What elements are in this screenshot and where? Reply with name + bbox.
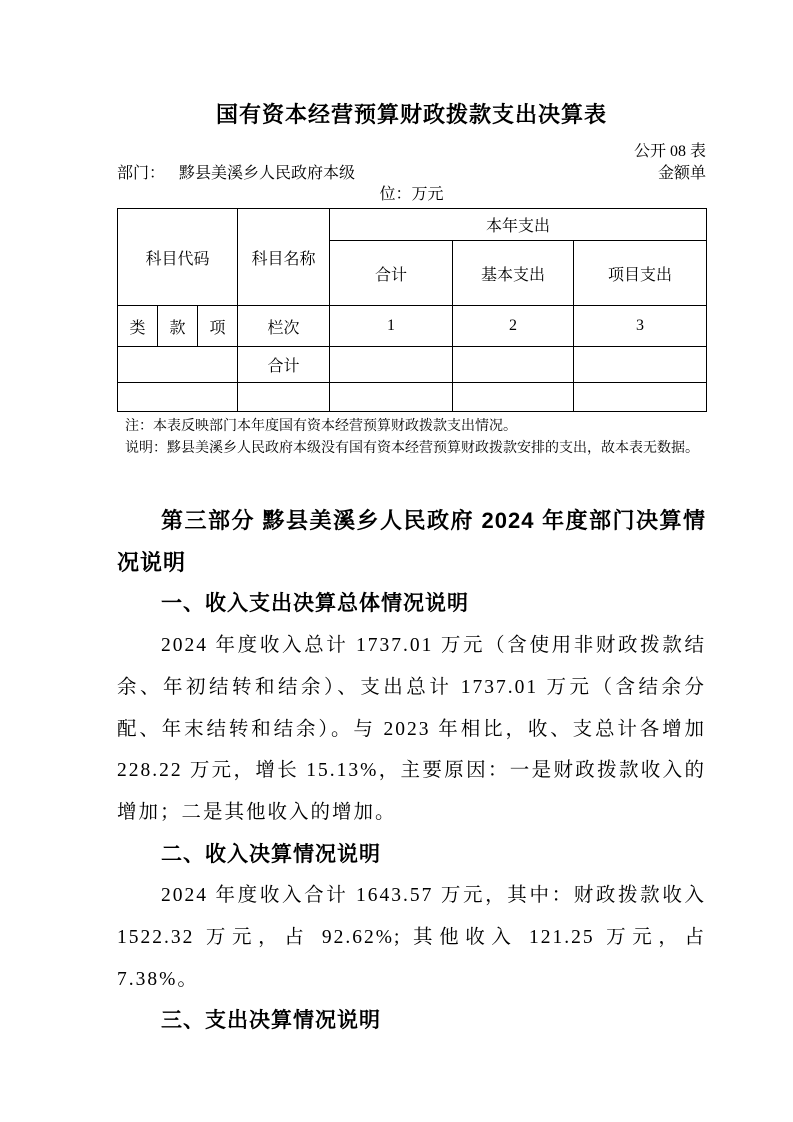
cell-project-value [574, 347, 707, 383]
subcol-xiang: 项 [198, 306, 238, 347]
table-row-empty [118, 383, 707, 412]
table-index-row: 类 款 项 栏次 1 2 3 [118, 306, 707, 347]
index-row-label: 栏次 [238, 306, 330, 347]
table-row-total: 合计 [118, 347, 707, 383]
cell-name-empty [238, 383, 330, 412]
section1-paragraph: 2024 年度收入总计 1737.01 万元（含使用非财政拨款结余、年初结转和结… [117, 625, 706, 834]
col-header-subject-name: 科目名称 [238, 209, 330, 306]
page-title: 国有资本经营预算财政拨款支出决算表 [117, 101, 706, 129]
table-note: 注：本表反映部门本年度国有资本经营预算财政拨款支出情况。 [125, 416, 706, 438]
amount-unit-line2: 位：万元 [117, 185, 706, 205]
cell-project-empty [574, 383, 707, 412]
part3-heading: 第三部分 黟县美溪乡人民政府 2024 年度部门决算情况说明 [117, 500, 706, 583]
page-content: 国有资本经营预算财政拨款支出决算表 公开 08 表 部门： 黟县美溪乡人民政府本… [117, 0, 706, 1042]
department-label: 部门： [117, 164, 165, 184]
department: 部门： 黟县美溪乡人民政府本级 [117, 164, 355, 184]
cell-total-empty [330, 383, 453, 412]
index-col-2: 2 [453, 306, 574, 347]
section2-paragraph: 2024 年度收入合计 1643.57 万元，其中：财政拨款收入 1522.32… [117, 875, 706, 1000]
cell-basic-empty [453, 383, 574, 412]
col-header-project-expenditure: 项目支出 [574, 241, 707, 306]
department-line: 部门： 黟县美溪乡人民政府本级 金额单 [117, 164, 706, 184]
col-header-basic-expenditure: 基本支出 [453, 241, 574, 306]
form-code: 公开 08 表 [117, 142, 706, 162]
cell-basic-value [453, 347, 574, 383]
cell-code-total [118, 347, 238, 383]
col-header-total: 合计 [330, 241, 453, 306]
narrative-section: 第三部分 黟县美溪乡人民政府 2024 年度部门决算情况说明 一、收入支出决算总… [117, 500, 706, 1042]
cell-name-total: 合计 [238, 347, 330, 383]
subcol-kuan: 款 [158, 306, 198, 347]
fiscal-allocation-table: 科目代码 科目名称 本年支出 合计 基本支出 项目支出 类 款 项 栏次 1 2… [117, 208, 707, 412]
table-header-row-1: 科目代码 科目名称 本年支出 [118, 209, 707, 241]
table-explanation: 说明：黟县美溪乡人民政府本级没有国有资本经营预算财政拨款安排的支出，故本表无数据… [125, 438, 706, 460]
index-col-1: 1 [330, 306, 453, 347]
amount-unit-line1: 金额单 [658, 164, 706, 184]
subcol-lei: 类 [118, 306, 158, 347]
cell-code-empty [118, 383, 238, 412]
section2-heading: 二、收入决算情况说明 [117, 834, 706, 876]
department-value: 黟县美溪乡人民政府本级 [179, 164, 355, 184]
section1-heading: 一、收入支出决算总体情况说明 [117, 583, 706, 625]
section3-heading: 三、支出决算情况说明 [117, 1000, 706, 1042]
cell-total-value [330, 347, 453, 383]
col-header-current-year-expenditure: 本年支出 [330, 209, 707, 241]
index-col-3: 3 [574, 306, 707, 347]
document-page: 国有资本经营预算财政拨款支出决算表 公开 08 表 部门： 黟县美溪乡人民政府本… [0, 0, 793, 1122]
table-notes: 注：本表反映部门本年度国有资本经营预算财政拨款支出情况。 说明：黟县美溪乡人民政… [117, 416, 706, 460]
col-header-subject-code: 科目代码 [118, 209, 238, 306]
